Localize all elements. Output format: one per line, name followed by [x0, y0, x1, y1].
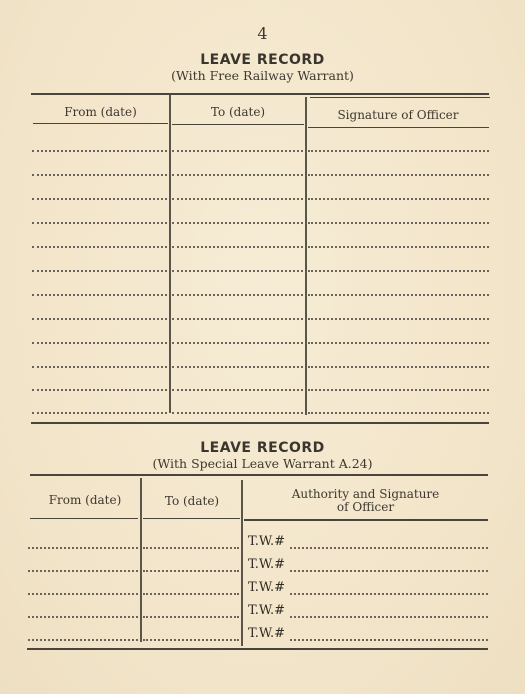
to-date-field[interactable]	[143, 570, 239, 572]
from-date-field[interactable]	[28, 570, 138, 572]
authority-signature-field[interactable]	[290, 616, 488, 618]
authority-signature-field[interactable]	[290, 593, 488, 595]
column-header-from: From (date)	[30, 494, 140, 507]
tw-number-label: T.W.#	[248, 603, 285, 618]
from-date-field[interactable]	[28, 616, 138, 618]
tw-number-label: T.W.#	[248, 626, 285, 641]
leave-record-table-2: From (date) To (date) Authority and Sign…	[0, 0, 525, 694]
from-date-field[interactable]	[28, 547, 138, 549]
tw-number-label: T.W.#	[248, 557, 285, 572]
from-date-field[interactable]	[28, 639, 138, 641]
tw-number-label: T.W.#	[248, 534, 285, 549]
to-date-field[interactable]	[143, 616, 239, 618]
column-header-to: To (date)	[142, 495, 242, 508]
authority-signature-field[interactable]	[290, 547, 488, 549]
to-date-field[interactable]	[143, 639, 239, 641]
authority-signature-field[interactable]	[290, 570, 488, 572]
column-header-authority-line2: of Officer	[243, 501, 488, 514]
to-date-field[interactable]	[143, 593, 239, 595]
authority-signature-field[interactable]	[290, 639, 488, 641]
to-date-field[interactable]	[143, 547, 239, 549]
from-date-field[interactable]	[28, 593, 138, 595]
tw-number-label: T.W.#	[248, 580, 285, 595]
